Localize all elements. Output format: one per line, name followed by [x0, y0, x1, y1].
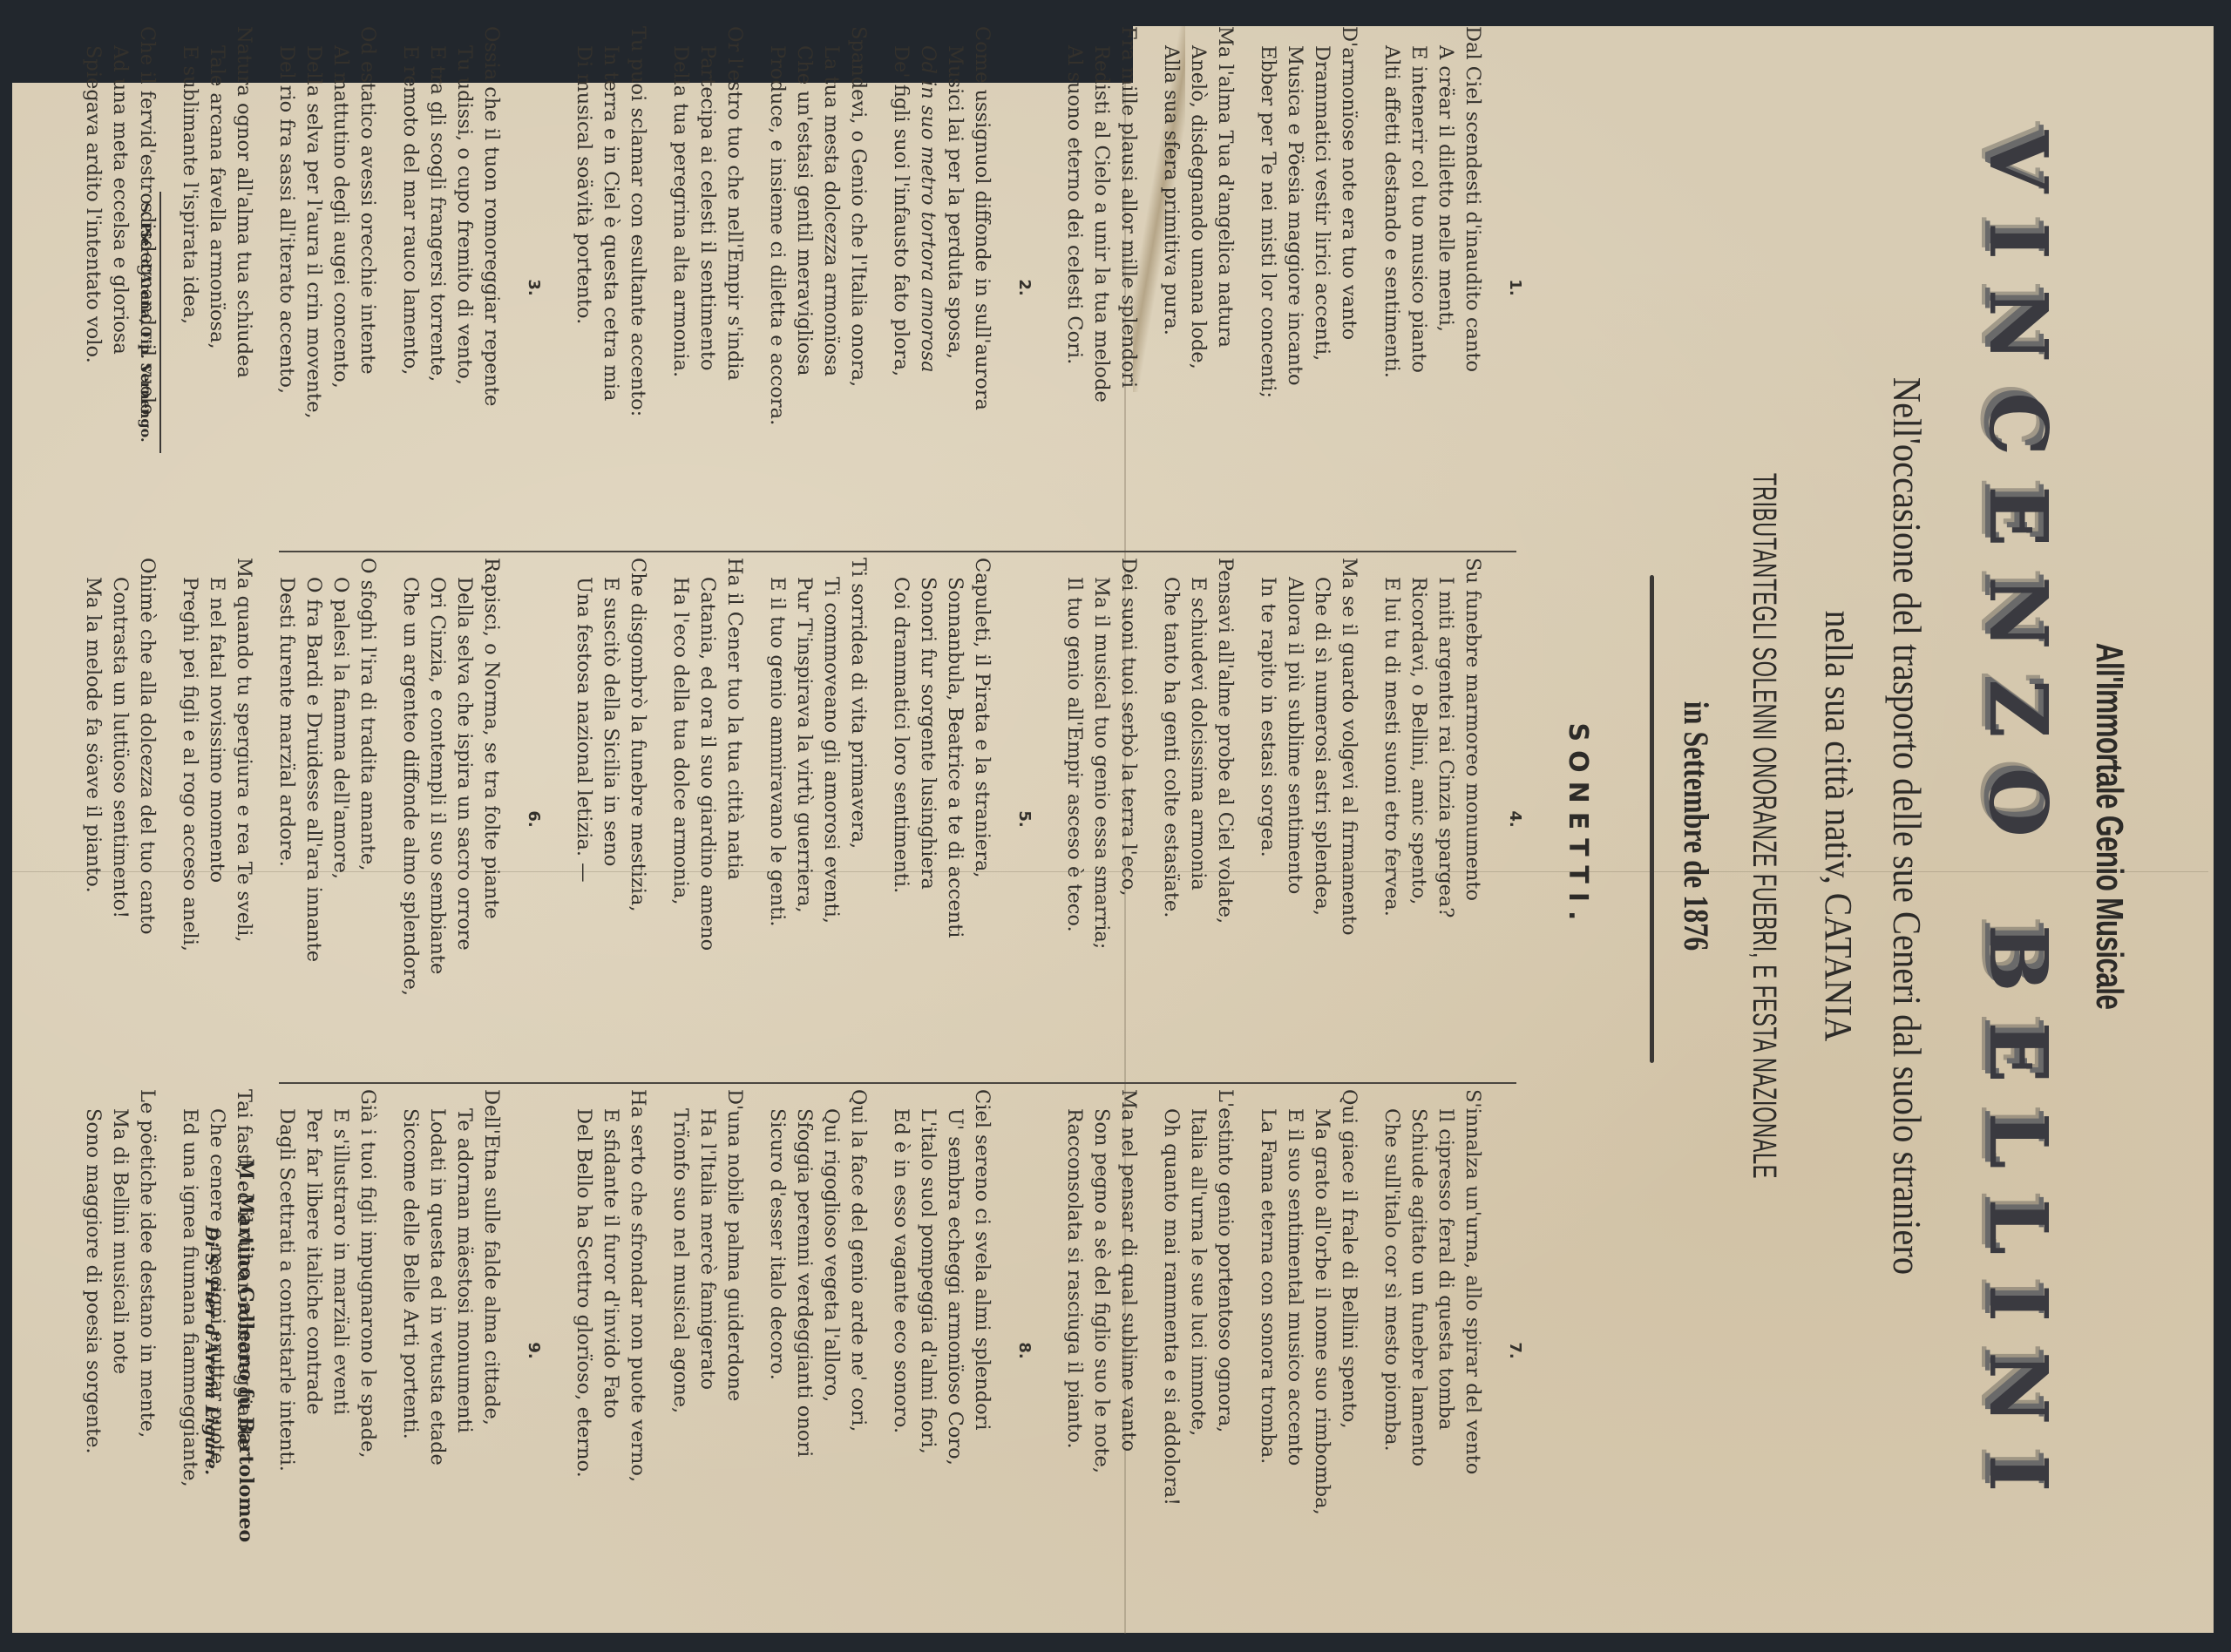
verse-line: Della tua peregrina alta armonia. [667, 26, 694, 549]
verse-line: Ori Cinzia, e contempli il suo sembiante [424, 558, 451, 1080]
stanza: D'armonïose note era tuo vantoDrammatici… [1254, 26, 1362, 549]
stanza: Pensavi all'alme probe al Ciel volate,E … [1157, 558, 1238, 1080]
city-line: nella sua città nativ, CATANIA [1816, 83, 1861, 1569]
verse-line: Musici lai per la perduta sposa, [941, 26, 968, 549]
verse-line: Che sull'italo cor sì mesto piomba. [1378, 1089, 1405, 1612]
sonnet-number: 1. [1502, 26, 1529, 549]
verse-line: Una festosa nazional letizia. — [570, 558, 597, 1080]
verse-line: Ha l'eco della tua dolce armonia, [667, 558, 694, 1080]
sonnet-number: 7. [1502, 1089, 1529, 1612]
verse-line: Il tuo genio all'Empir asceso è teco. [1061, 558, 1088, 1080]
verse-line: Ma grato all'orbe il nome suo rimbomba, [1308, 1089, 1335, 1612]
verse-line: Redisti al Cielo a unir la tua melode [1088, 26, 1115, 549]
printer-imprint: S. Pier d'Arena, Tip. Vernengo. [138, 157, 154, 488]
verse-line: E tra gli scogli frangersi torrente, [424, 26, 451, 549]
stanza: Ma se il guardo volgevi al firmamentoChe… [1254, 558, 1362, 1080]
column-divider [279, 1082, 1516, 1084]
verse-line: Ma la melode fa söave il pianto. [79, 558, 106, 1080]
verse-line: Della selva che ispira un sacro orrore [451, 558, 478, 1080]
verse-line: Al mattutino degli augei concento, [327, 26, 354, 549]
verse-line: Ha il Cener tuo la tua città natia [721, 558, 748, 1080]
verse-line: O sfoghi l'ira di tradita amante, [354, 558, 381, 1080]
verse-line: Produce, e insieme ci diletta e accora. [763, 26, 790, 549]
verse-line: Sicuro d'esser italo decoro. [763, 1089, 790, 1612]
verse-line: Contrasta un luttüoso sentimento! [106, 558, 133, 1080]
verse-line: Allora il più sublime sentimento [1281, 558, 1308, 1080]
verse-line: Pur T'inspirava la virtù guerriera, [790, 558, 817, 1080]
stanza: Ohimè che alla dolcezza del tuo cantoCon… [79, 558, 160, 1080]
verse-line: Tu udissi, o cupo fremito di vento, [451, 26, 478, 549]
stanza: Od estatico avessi orecchie intenteAl ma… [273, 26, 381, 549]
column-sonnets-4-6: 4.Su funebre marmoreo monumentoI miti ar… [57, 558, 1534, 1080]
verse-line: Ma di Bellini musicali note [106, 1089, 133, 1612]
verse-line: E s'illustraro in marzïali eventi [327, 1089, 354, 1612]
verse-line: Che un argenteo diffonde almo splendore, [397, 558, 424, 1080]
verse-line: Ed è in esso vagante eco sonoro. [887, 1089, 914, 1612]
verse-line: Ossia che il tuon romoreggiar repente [478, 26, 505, 549]
verse-line: Racconsolata si rasciuga il pianto. [1061, 1089, 1088, 1612]
verse-line: Qui la face del genio arde ne' cori, [844, 1089, 871, 1612]
verse-line: Ma il musical tuo genio essa smarria; [1088, 558, 1115, 1080]
stanza: Ma l'alma Tua d'angelica naturaAnelò, di… [1157, 26, 1238, 549]
verse-line: Di musical soävità portento. [570, 26, 597, 549]
verse-line: E schiudevi dolcissima armonia [1184, 558, 1211, 1080]
stanza: Ma nel pensar di qual sublime vantoSon p… [1061, 1089, 1142, 1612]
verse-line: Sonnanbula, Beatrice a te di accenti [941, 558, 968, 1080]
verse-line: Qui rigoglioso vegeta l'alloro, [817, 1089, 844, 1612]
verse-line: Dal Ciel scendesti d'inaudito canto [1459, 26, 1486, 549]
verse-line: O fra Bardi e Druidesse all'ara innante [300, 558, 327, 1080]
sonnet-number: 5. [1011, 558, 1038, 1080]
verse-line: Ti sorridea di vita primavera, [844, 558, 871, 1080]
verse-line: Drammatici vestir lirici accenti, [1308, 26, 1335, 549]
verse-line: D'una nobile palma guiderdone [721, 1089, 748, 1612]
verse-line: Sfoggia perenni verdeggianti onori [790, 1089, 817, 1612]
verse-line: E sublimante l'ispirata idea, [176, 26, 203, 549]
composer-name-title: VINCENZO BELLINI [1971, 0, 2065, 1652]
verse-line: Fra mille plausi allor mille splendori [1115, 26, 1142, 549]
verse-line: Or l'estro tuo che nell'Empir s'india [721, 26, 748, 549]
verse-line: Desti furente marzïal ardore. [273, 558, 300, 1080]
sonnet-number: 6. [520, 558, 547, 1080]
stanza: Spandevi, o Genio che l'Italia onora,La … [763, 26, 871, 549]
sonnet: 5.Capuleti, il Pirata e la straniera,Son… [570, 558, 1038, 1080]
verse-line: Anelò, disdegnando umana lode, [1184, 26, 1211, 549]
sonnet-number: 9. [520, 1089, 547, 1612]
verse-line: Dagli Scettrati a contristarle intenti. [273, 1089, 300, 1612]
verse-line: E remoto del mar rauco lamento, [397, 26, 424, 549]
verse-line: La tua mesta dolcezza armonïosa [817, 26, 844, 549]
verse-line: Sono maggiore di poesia sorgente. [79, 1089, 106, 1612]
verse-line: Capuleti, il Pirata e la straniera, [968, 558, 995, 1080]
stanza: Ha il Cener tuo la tua città natiaCatani… [667, 558, 748, 1080]
verse-line: Sonori fur sorgente lusinghiera [914, 558, 941, 1080]
verse-line: In te rapito in estasi sorgea. [1254, 558, 1281, 1080]
verse-line: Trïonfo suo nel musical agone, [667, 1089, 694, 1612]
verse-line: Che disgombrò la funebre mestizia, [624, 558, 651, 1080]
verse-line: Son pegno a sè del figlio suo le note, [1088, 1089, 1115, 1612]
verse-line: Ha l'Italia mercè famigerato [694, 1089, 721, 1612]
verse-line: L'italo suol pompeggia d'almi fiori, [914, 1089, 941, 1612]
verse-line: Al suono eterno dei celesti Cori. [1061, 26, 1088, 549]
verse-line: Tu puoi sclamar con esultante accento: [624, 26, 651, 549]
stanza: Or l'estro tuo che nell'Empir s'indiaPar… [667, 26, 748, 549]
verse-line: Pensavi all'alme probe al Ciel volate, [1211, 558, 1238, 1080]
verse-line: Musica e Pöesia maggiore incanto [1281, 26, 1308, 549]
verse-line: Spiegava ardito l'intentato volo. [79, 26, 106, 549]
sonnet: 1.Dal Ciel scendesti d'inaudito cantoA c… [1061, 26, 1529, 549]
stanza: Fra mille plausi allor mille splendoriRe… [1061, 26, 1142, 549]
stanza: D'una nobile palma guiderdoneHa l'Italia… [667, 1089, 748, 1612]
stanza: Qui la face del genio arde ne' cori,Qui … [763, 1089, 871, 1612]
verse-line: Alti affetti destando e sentimenti. [1378, 26, 1405, 549]
verse-line: U' sembra echeggi armonïoso Coro, [941, 1089, 968, 1612]
sonnet: 7.S'innalza un'urna, allo spirar del ven… [1061, 1089, 1529, 1612]
verse-line: Il cipresso feral di questa tomba [1432, 1089, 1459, 1612]
sonnet: 6.Rapisci, o Norma, se tra folte pianteD… [79, 558, 547, 1080]
verse-line: Spandevi, o Genio che l'Italia onora, [844, 26, 871, 549]
verse-line: Preghi pei figli e al rogo acceso aneli, [176, 558, 203, 1080]
verse-line: Italia all'urna le sue luci immote, [1184, 1089, 1211, 1612]
verse-line: Ad una meta eccelsa e gloriosa [106, 26, 133, 549]
verse-line: L'estinto genio portentoso ognora, [1211, 1089, 1238, 1612]
stanza: L'estinto genio portentoso ognora,Italia… [1157, 1089, 1238, 1612]
verse-line: Ma quando tu spergiura e rea Te sveli, [230, 558, 257, 1080]
stanza: Ma quando tu spergiura e rea Te sveli,E … [176, 558, 257, 1080]
verse-line: E intenerir col tuo musico pianto [1405, 26, 1432, 549]
stanza: Tu puoi sclamar con esultante accento:In… [570, 26, 651, 549]
verse-line: Ti commoveano gli amorosi eventi, [817, 558, 844, 1080]
sonnet-number: 2. [1011, 26, 1038, 549]
verse-line: E il tuo genio ammiravano le genti. [763, 558, 790, 1080]
author-signature: M. Martino Galleano fu Bartolomeo [234, 1089, 257, 1612]
stanza: Come ussignuol diffonde in sull'auroraMu… [887, 26, 995, 549]
verse-line: E sfidante il furor d'invido Fato [597, 1089, 624, 1612]
sonnet: 4.Su funebre marmoreo monumentoI miti ar… [1061, 558, 1529, 1080]
verse-line: Ricordavi, o Bellini, amic spento, [1405, 558, 1432, 1080]
verse-line: Che di sì numerosi astri splendea, [1308, 558, 1335, 1080]
verse-line: Oh quanto mai rammenta e si addolora! [1157, 1089, 1184, 1612]
stanza: Dal Ciel scendesti d'inaudito cantoA crë… [1378, 26, 1486, 549]
honors-line: TRIBUTANTEGLI SOLENNI ONORANZE FUEBRI, E… [1745, 314, 1782, 1338]
verse-line: Della selva per l'aura il crin movente, [300, 26, 327, 549]
sonnet: 9.Dell'Etna sulle falde alma cittade,Te … [79, 1089, 547, 1612]
verse-line: D'armonïose note era tuo vanto [1335, 26, 1362, 549]
verse-line: Del rio fra sassi all'iterato accento, [273, 26, 300, 549]
stanza: Già i tuoi figli impugnarono le spade,E … [273, 1089, 381, 1612]
verse-line: Ma nel pensar di qual sublime vanto [1115, 1089, 1142, 1612]
occasion-line: Nell'occasione del trasporto delle sue C… [1884, 99, 1930, 1553]
verse-line: Siccome delle Belle Arti portenti. [397, 1089, 424, 1612]
verse-line: E il suo sentimental musico accento [1281, 1089, 1308, 1612]
dedication-heading: All'Immortale Genio Musicale [2087, 231, 2131, 1420]
sonnet: 2.Come ussignuol diffonde in sull'aurora… [570, 26, 1038, 549]
broadside-page: All'Immortale Genio Musicale VINCENZO BE… [0, 0, 2231, 1652]
author-origin: Di S. Pier d'Arena Ligure. [201, 1089, 222, 1612]
verse-line: In terra e in Ciel è questa cetra mia [597, 26, 624, 549]
stanza: Qui giace il frale di Bellini spento,Ma … [1254, 1089, 1362, 1612]
verse-line: Per far libere italiche contrade [300, 1089, 327, 1612]
column-sonnets-1-3: 1.Dal Ciel scendesti d'inaudito cantoA c… [57, 26, 1534, 549]
verse-line: Qui giace il frale di Bellini spento, [1335, 1089, 1362, 1612]
verse-line: Catania, ed ora il suo giardino ameno [694, 558, 721, 1080]
verse-line: Tale arcana favella armonïosa, [203, 26, 230, 549]
stanza: Le pöetiche idee destano in mente,Ma di … [79, 1089, 160, 1612]
verse-line: E suscitò della Sicilia in seno [597, 558, 624, 1080]
verse-line: Ohimè che alla dolcezza del tuo canto [133, 558, 160, 1080]
verse-line: Che un'estasi gentil meravigliosa [790, 26, 817, 549]
verse-line: S'innalza un'urna, allo spirar del vento [1459, 1089, 1486, 1612]
section-title: SONETTI. [1563, 0, 1593, 1652]
verse-line: Ciel sereno ci svela almi splendori [968, 1089, 995, 1612]
verse-line: Ebber per Te nei misti lor concenti; [1254, 26, 1281, 549]
stanza: O sfoghi l'ira di tradita amante,O pales… [273, 558, 381, 1080]
verse-line: Schiude agitato un funebre lamento [1405, 1089, 1432, 1612]
date-line: in Settembre de 1876 [1676, 166, 1717, 1487]
stanza: Ti sorridea di vita primavera,Ti commove… [763, 558, 871, 1080]
stanza: Capuleti, il Pirata e la straniera,Sonna… [887, 558, 995, 1080]
verse-line: A crëar il diletto nelle menti, [1432, 26, 1459, 549]
verse-line: E nel fatal novissimo momento [203, 558, 230, 1080]
verse-line: Che tanto ha genti colte estasïate. [1157, 558, 1184, 1080]
stanza: Ossia che il tuon romoreggiar repenteTu … [397, 26, 505, 549]
verse-line: Dei suoni tuoi serbò la terra l'eco, [1115, 558, 1142, 1080]
verse-line: De' figli suoi l'infausto fato plora, [887, 26, 914, 549]
verse-line: Come ussignuol diffonde in sull'aurora [968, 26, 995, 549]
stanza: Che disgombrò la funebre mestizia,E susc… [570, 558, 651, 1080]
verse-line: Ed una ignea fiumana fiammeggiante, [176, 1089, 203, 1612]
verse-line: Natura ognor all'alma tua schiudea [230, 26, 257, 549]
stanza: Natura ognor all'alma tua schiudeaTale a… [176, 26, 257, 549]
verse-line: E lui tu di mesti suoni etro fervea. [1378, 558, 1405, 1080]
header-rule [1650, 575, 1654, 1063]
verse-line: Del Bello ha Scettro glorïoso, eterno. [570, 1089, 597, 1612]
verse-line: Alla sua sfera primitiva pura. [1157, 26, 1184, 549]
stanza: Dell'Etna sulle falde alma cittade,Te ad… [397, 1089, 505, 1612]
verse-line: Già i tuoi figli impugnarono le spade, [354, 1089, 381, 1612]
verse-line: Le pöetiche idee destano in mente, [133, 1089, 160, 1612]
verse-line: I miti argentei rai Cinzia spargea? [1432, 558, 1459, 1080]
verse-line: La Fama eterna con sonora tromba. [1254, 1089, 1281, 1612]
verse-line: O palesi la fiamma dell'amore, [327, 558, 354, 1080]
column-divider [279, 551, 1516, 552]
sonnet-number: 4. [1502, 558, 1529, 1080]
stanza: Ha serto che sfrondar non puote verno,E … [570, 1089, 651, 1612]
verse-line: Ma l'alma Tua d'angelica natura [1211, 26, 1238, 549]
sonnet-number: 3. [520, 26, 547, 549]
verse-line: Od estatico avessi orecchie intente [354, 26, 381, 549]
stanza: Ciel sereno ci svela almi splendoriU' se… [887, 1089, 995, 1612]
verse-line: Partecipa ai celesti il sentimento [694, 26, 721, 549]
sonnet-number: 8. [1011, 1089, 1038, 1612]
verse-line: Dell'Etna sulle falde alma cittade, [478, 1089, 505, 1612]
verse-line: Coi drammatici loro sentimenti. [887, 558, 914, 1080]
stanza: Su funebre marmoreo monumentoI miti arge… [1378, 558, 1486, 1080]
verse-line: Rapisci, o Norma, se tra folte piante [478, 558, 505, 1080]
verse-line: Ma se il guardo volgevi al firmamento [1335, 558, 1362, 1080]
verse-line: Od in suo metro tortora amorosa [914, 26, 941, 549]
sonnet: 8.Ciel sereno ci svela almi splendoriU' … [570, 1089, 1038, 1612]
column-sonnets-7-9: 7.S'innalza un'urna, allo spirar del ven… [57, 1089, 1534, 1612]
stanza: S'innalza un'urna, allo spirar del vento… [1378, 1089, 1486, 1612]
verse-line: Ha serto che sfrondar non puote verno, [624, 1089, 651, 1612]
verse-line: Su funebre marmoreo monumento [1459, 558, 1486, 1080]
verse-line: Te adornan mäestosi monumenti [451, 1089, 478, 1612]
verse-line: Lodati in questa ed in vetusta etade [424, 1089, 451, 1612]
printer-rule [159, 192, 161, 453]
stanza: Rapisci, o Norma, se tra folte pianteDel… [397, 558, 505, 1080]
stanza: Dei suoni tuoi serbò la terra l'eco,Ma i… [1061, 558, 1142, 1080]
